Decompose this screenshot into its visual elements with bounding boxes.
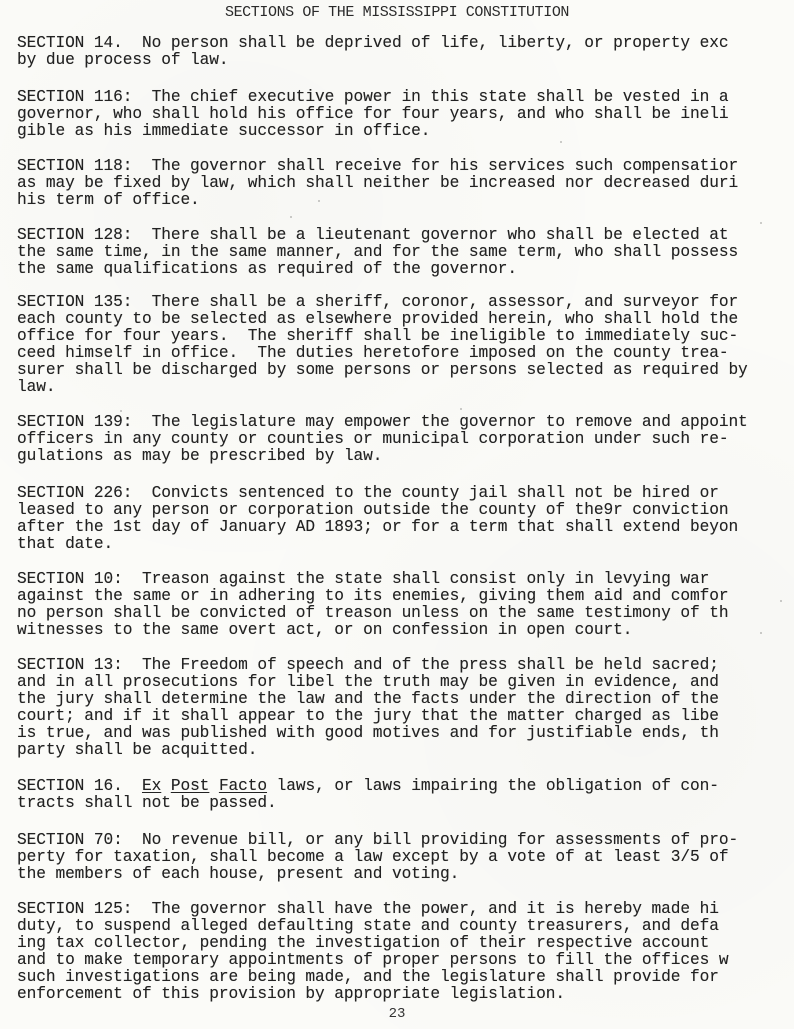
scan-speck [460,408,462,410]
section-116: SECTION 116: The chief executive power i… [17,89,794,140]
section-heading-line: SECTION 118: The governor shall receive … [17,158,794,175]
section-text-line: the same qualifications as required of t… [17,261,794,278]
section-text-line: party shall be acquitted. [17,742,794,759]
scan-speck [760,222,762,224]
section-text-line: gible as his immediate successor in offi… [17,123,794,140]
underlined-word: Post [171,778,209,795]
section-text-line: by due process of law. [17,52,794,69]
section-text-line: the same time, in the same manner, and f… [17,244,794,261]
underlined-word: Facto [219,778,267,795]
section-text-line: perty for taxation, shall become a law e… [17,849,794,866]
section-text-line: such investigations are being made, and … [17,969,794,986]
scan-speck [780,600,782,602]
section-text-line: law. [17,379,794,396]
document-title: SECTIONS OF THE MISSISSIPPI CONSTITUTION [0,4,794,21]
section-13: SECTION 13: The Freedom of speech and of… [17,657,794,759]
section-heading-line: SECTION 128: There shall be a lieutenant… [17,227,794,244]
section-text-line: each county to be selected as elsewhere … [17,311,794,328]
section-text-line: and to make temporary appointments of pr… [17,952,794,969]
section-text-line: his term of office. [17,192,794,209]
scan-speck [318,200,320,202]
section-135: SECTION 135: There shall be a sheriff, c… [17,294,794,396]
section-text-line: that date. [17,536,794,553]
scan-speck [560,141,562,143]
section-heading-line: SECTION 125: The governor shall have the… [17,901,794,918]
scan-speck [760,632,762,634]
section-heading-line: SECTION 226: Convicts sentenced to the c… [17,485,794,502]
section-text-line: the members of each house, present and v… [17,866,794,883]
section-text-line: ceed himself in office. The duties heret… [17,345,794,362]
section-text-line: governor, who shall hold his office for … [17,106,794,123]
section-text-line: and in all prosecutions for libel the tr… [17,674,794,691]
section-heading-line: SECTION 135: There shall be a sheriff, c… [17,294,794,311]
section-text-line: witnesses to the same overt act, or on c… [17,622,794,639]
section-14: SECTION 14. No person shall be deprived … [17,35,794,69]
section-heading-line: SECTION 70: No revenue bill, or any bill… [17,832,794,849]
section-text-line: as may be fixed by law, which shall neit… [17,175,794,192]
sections-list: SECTION 14. No person shall be deprived … [17,35,794,1021]
section-10: SECTION 10: Treason against the state sh… [17,571,794,639]
section-text-line: duty, to suspend alleged defaulting stat… [17,918,794,935]
section-heading-line: SECTION 13: The Freedom of speech and of… [17,657,794,674]
section-heading-line: SECTION 116: The chief executive power i… [17,89,794,106]
section-heading-line: SECTION 139: The legislature may empower… [17,414,794,431]
section-text-line: office for four years. The sheriff shall… [17,328,794,345]
section-text-line: surer shall be discharged by some person… [17,362,794,379]
section-heading-line: SECTION 16. Ex Post Facto laws, or laws … [17,778,794,795]
section-text-line: enforcement of this provision by appropr… [17,986,794,1003]
scan-speck [120,410,122,412]
section-16: SECTION 16. Ex Post Facto laws, or laws … [17,778,794,812]
section-heading-line: SECTION 10: Treason against the state sh… [17,571,794,588]
section-139: SECTION 139: The legislature may empower… [17,414,794,465]
section-text-line: no person shall be convicted of treason … [17,605,794,622]
section-128: SECTION 128: There shall be a lieutenant… [17,227,794,278]
underlined-word: Ex [142,778,161,795]
section-text-line: after the 1st day of January AD 1893; or… [17,519,794,536]
section-text-line: ing tax collector, pending the investiga… [17,935,794,952]
section-118: SECTION 118: The governor shall receive … [17,158,794,209]
section-text-line: gulations as may be prescribed by law. [17,448,794,465]
section-text-line: leased to any person or corporation outs… [17,502,794,519]
scanned-page: SECTIONS OF THE MISSISSIPPI CONSTITUTION… [0,0,794,1029]
section-heading-line: SECTION 14. No person shall be deprived … [17,35,794,52]
section-text-line: officers in any county or counties or mu… [17,431,794,448]
section-125: SECTION 125: The governor shall have the… [17,901,794,1003]
section-226: SECTION 226: Convicts sentenced to the c… [17,485,794,553]
section-text-line: is true, and was published with good mot… [17,725,794,742]
scan-speck [290,216,292,218]
section-70: SECTION 70: No revenue bill, or any bill… [17,832,794,883]
section-text-line: against the same or in adhering to its e… [17,588,794,605]
section-text-line: the jury shall determine the law and the… [17,691,794,708]
section-text-line: tracts shall not be passed. [17,795,794,812]
page-number: 23 [0,1006,794,1022]
section-text-line: court; and if it shall appear to the jur… [17,708,794,725]
